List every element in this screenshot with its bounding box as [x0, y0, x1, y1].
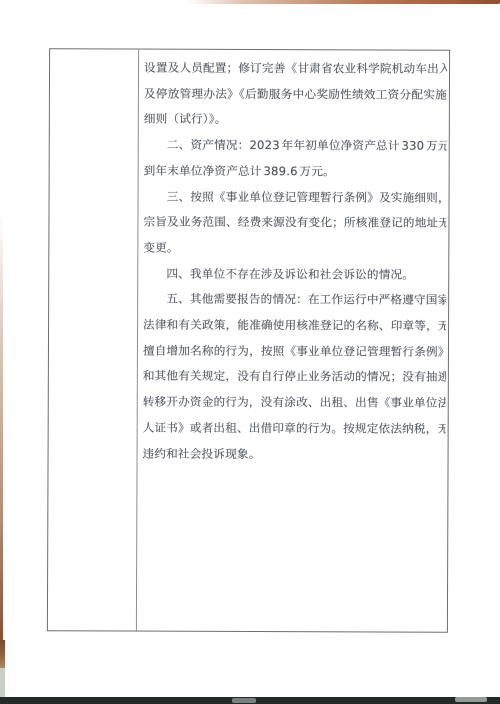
document-text-line: 设置及人员配置；修订完善《甘肃省农业科学院机动车出入: [144, 56, 447, 83]
document-text-line: 违约和社会投诉现象。: [143, 441, 446, 468]
table-empty-label-cell: [48, 49, 139, 630]
document-text-line: 三、按照《事业单位登记管理暂行条例》及实施细则，: [144, 184, 447, 211]
document-text-line: 和其他有关规定，没有自行停止业务活动的情况；没有抽逃、: [143, 364, 446, 391]
document-text-line: 细则（试行）》。: [144, 107, 447, 134]
document-text-line: 变更。: [143, 236, 446, 263]
photo-edge-bottom-strip: [0, 697, 500, 704]
document-text-line: 到年末单位净资产总计 389.6 万元。: [144, 158, 447, 185]
photo-edge-left-strip: [0, 213, 3, 640]
document-text-line: 及停放管理办法》《后勤服务中心奖励性绩效工资分配实施: [144, 81, 447, 108]
scanned-photo-background: { "document": { "type": "scanned-annual-…: [0, 0, 500, 704]
document-text-line: 转移开办资金的行为，没有涂改、出租、出售《事业单位法: [143, 390, 446, 417]
document-text-line: 人证书》或者出租、出借印章的行为。按规定依法纳税，无: [143, 415, 446, 442]
photo-edge-bottom-lightpatch: [455, 697, 487, 702]
photo-edge-bottom-lightpatch: [232, 698, 256, 703]
document-text-line: 宗旨及业务范围、经费来源没有变化；所核准登记的地址无: [143, 210, 446, 237]
photo-edge-left-corner: [0, 640, 5, 668]
table-content-cell: 设置及人员配置；修订完善《甘肃省农业科学院机动车出入及停放管理办法》《后勤服务中…: [137, 50, 449, 632]
report-form-table: 设置及人员配置；修订完善《甘肃省农业科学院机动车出入及停放管理办法》《后勤服务中…: [47, 48, 450, 633]
document-text-line: 五、其他需要报告的情况：在工作运行中严格遵守国家: [143, 287, 446, 314]
document-text-line: 四、我单位不存在涉及诉讼和社会诉讼的情况。: [143, 261, 446, 288]
photo-edge-top-strip: [188, 0, 500, 4]
document-text-line: 法律和有关政策，能准确使用核准登记的名称、印章等，无: [143, 313, 446, 340]
photo-edge-left-lightpatch: [0, 668, 5, 698]
document-text-line: 擅自增加名称的行为，按照《事业单位登记管理暂行条例》: [143, 338, 446, 365]
document-text-line: 二、资产情况：2023 年年初单位净资产总计 330 万元；: [144, 133, 447, 160]
